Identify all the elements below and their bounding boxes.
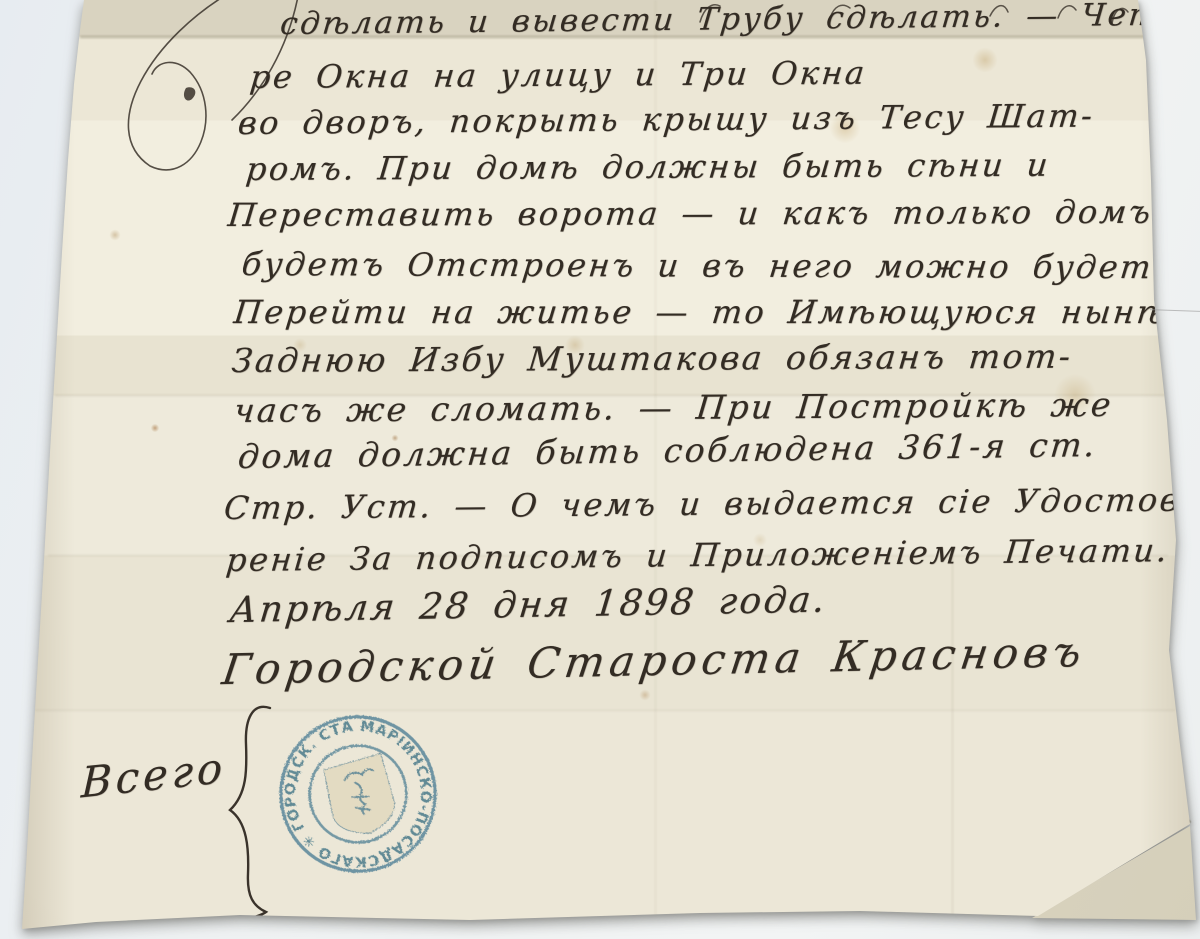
manuscript-page: сдѣлать и вывести Трубу сдѣлать. — Четы … (0, 0, 1200, 939)
fold-crease-vertical-right (952, 555, 953, 939)
manuscript-line: дома должна быть соблюдена 361-я ст. (236, 425, 1098, 476)
manuscript-line: Переставить ворота — и какъ только домъ (226, 193, 1154, 234)
manuscript-line: во дворъ, покрыть крышу изъ Тесу Шат- (236, 97, 1096, 143)
manuscript-line: часъ же сломать. — При Постройкѣ же (232, 385, 1115, 430)
manuscript-line: ромъ. При домѣ должны быть сѣни и (244, 146, 1052, 188)
manuscript-line: будетъ Отстроенъ и въ него можно будетъ (240, 245, 1179, 286)
manuscript-line: ре Окна на улицу и Три Окна (248, 54, 868, 96)
manuscript-line: Заднюю Избу Муштакова обязанъ тот- (230, 337, 1074, 380)
fold-crease-low (35, 710, 1175, 711)
date-line: Апрѣля 28 дня 1898 года. (228, 580, 829, 632)
total-label: Всего (80, 743, 227, 808)
manuscript-line: Перейти на житье — то Имѣющуюся нынѣ (232, 293, 1169, 331)
paper-sheet: сдѣлать и вывести Трубу сдѣлать. — Четы … (0, 0, 1200, 939)
photo-backdrop: сдѣлать и вывести Трубу сдѣлать. — Четы … (0, 0, 1200, 939)
signature-line: Городской Староста Красновъ (219, 627, 1089, 694)
manuscript-line: Стр. Уст. — О чемъ и выдается сіе Удосто… (222, 480, 1200, 527)
manuscript-line: реніе За подписомъ и Приложеніемъ Печати… (224, 531, 1200, 580)
coat-of-arms-shield (321, 753, 399, 841)
official-round-stamp: МАРІИНСКО-ПОСАДСКАГО ✳ ГОРОДСК. СТАРОСТЫ… (268, 704, 448, 884)
